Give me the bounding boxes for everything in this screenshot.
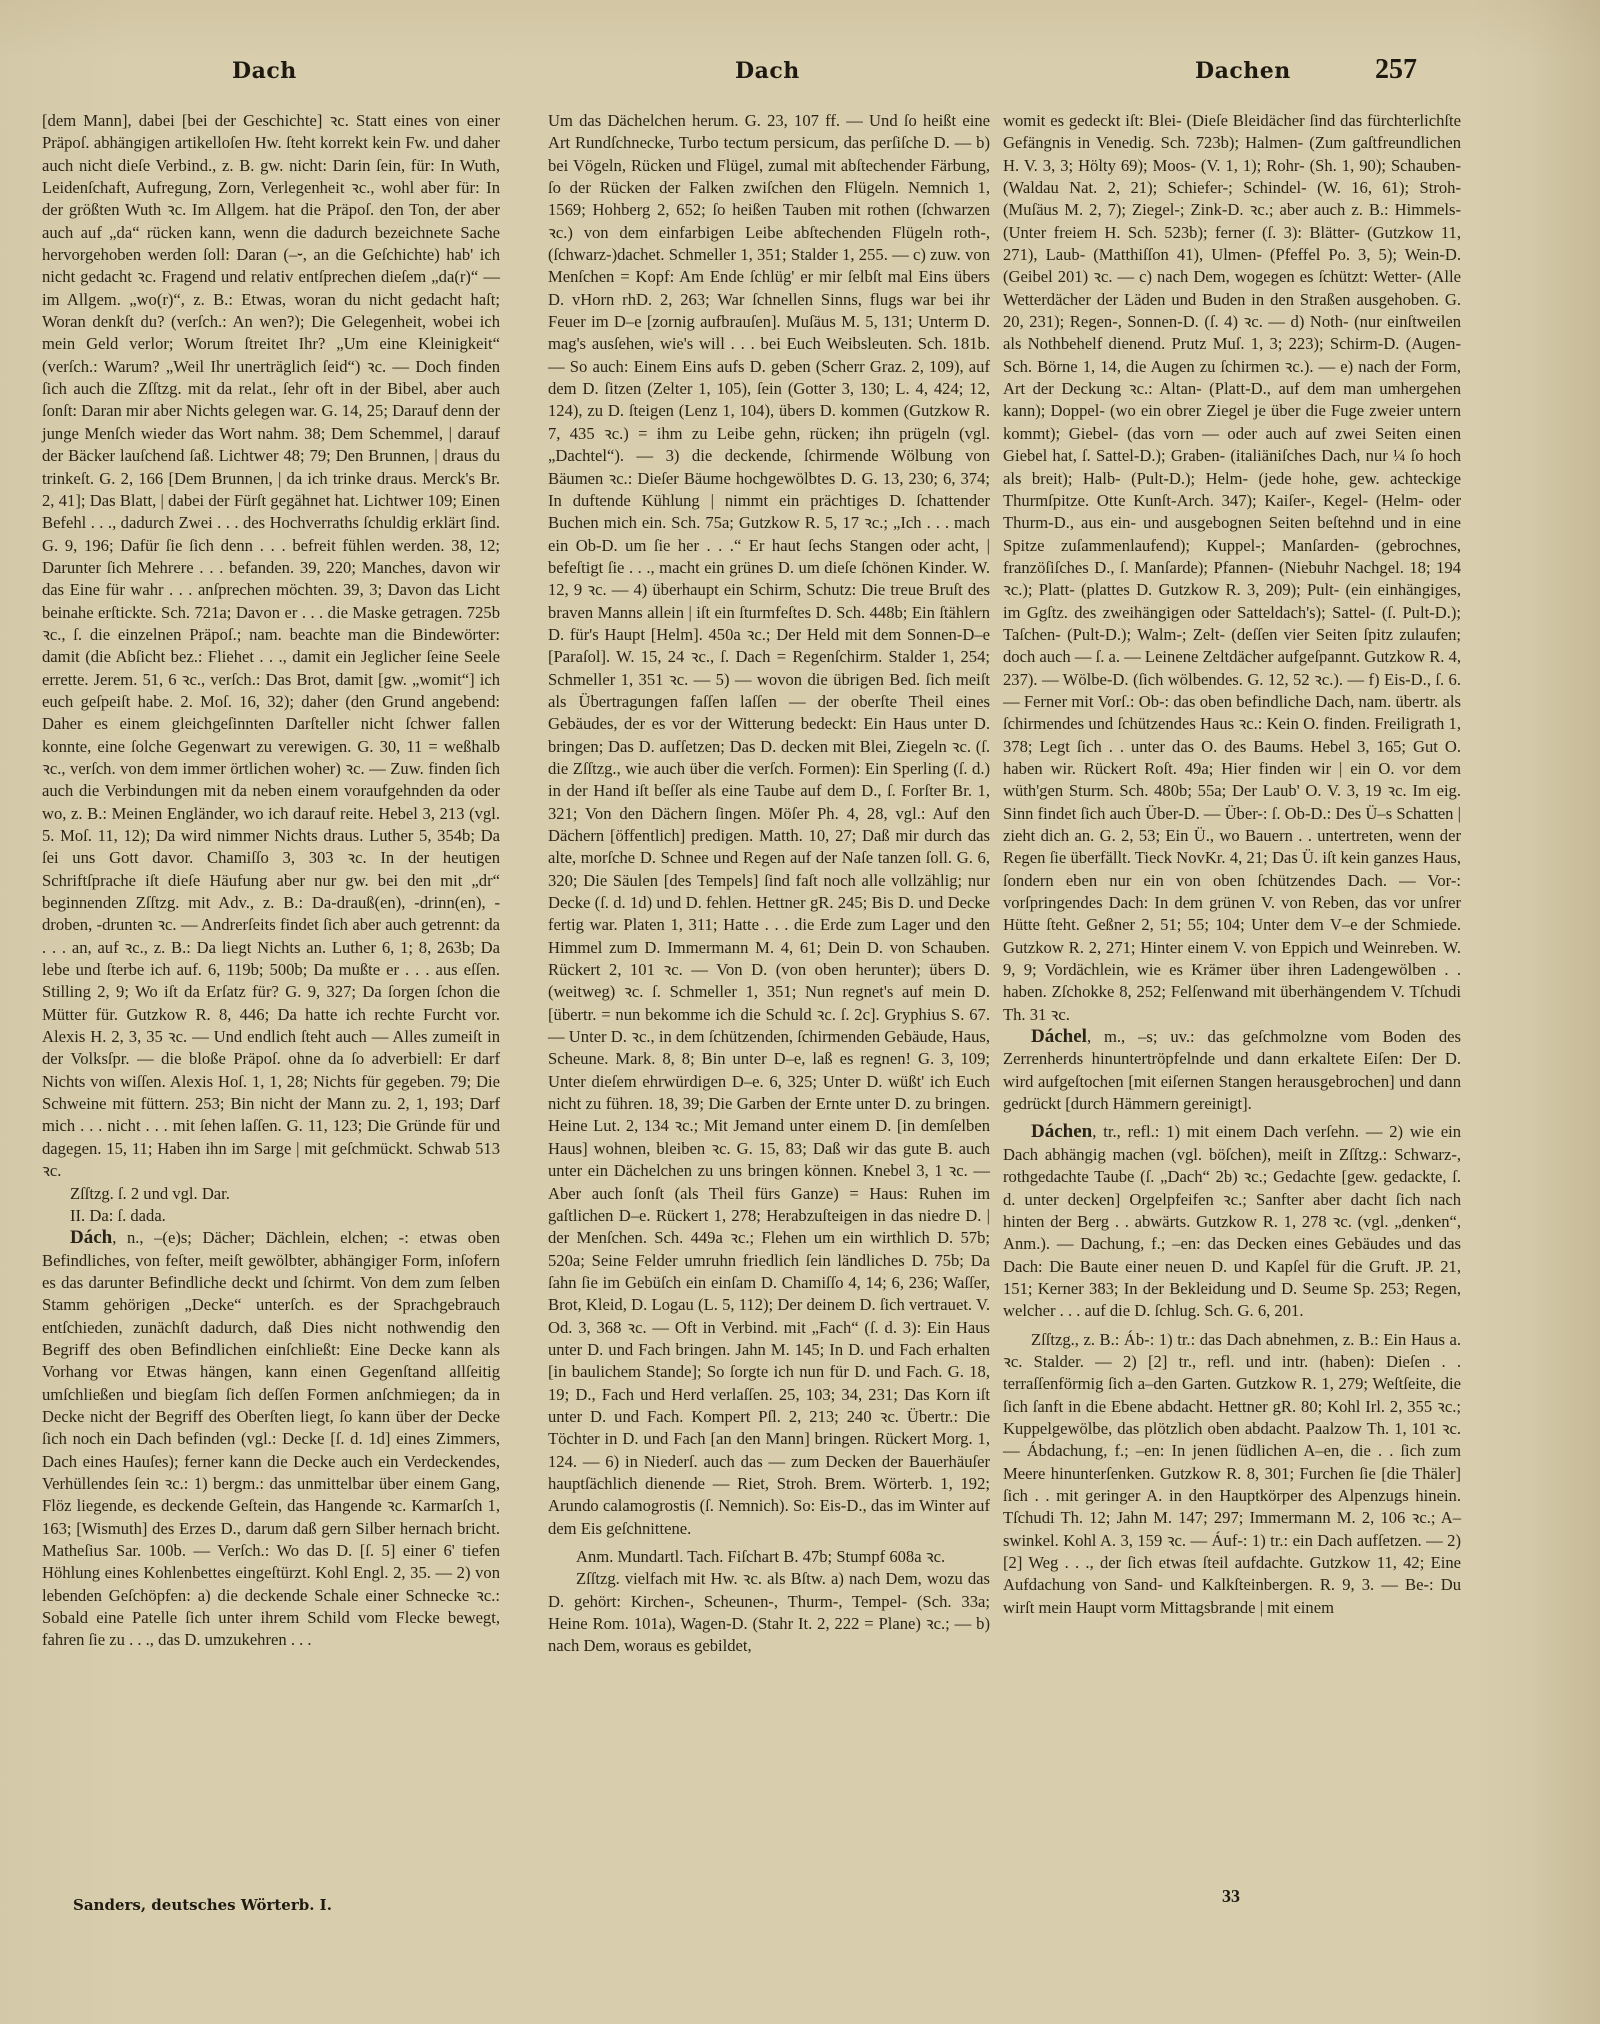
entry-dachel: Dáchel, m., –s; uv.: das geſchmolzne vom… [1003, 1026, 1461, 1115]
paragraph: womit es gedeckt iſt: Blei- (Dieſe Bleid… [1003, 110, 1461, 1026]
headword: Dáchel [1031, 1026, 1087, 1047]
entry-dachen: Dáchen, tr., refl.: 1) mit einem Dach ve… [1003, 1121, 1461, 1322]
dictionary-page: Dach Dach Dachen 257 [dem Mann], dabei [… [0, 0, 1600, 2024]
paragraph: II. Da: ſ. dada. [42, 1205, 500, 1227]
column-right: womit es gedeckt iſt: Blei- (Dieſe Bleid… [1003, 110, 1461, 1619]
entry-text: , n., –(e)s; Dächer; Dächlein, elchen; -… [42, 1228, 500, 1649]
page-number: 257 [1375, 54, 1417, 86]
page-edge-shadow [1530, 0, 1600, 2024]
paragraph: Um das Dächelchen herum. G. 23, 107 ff. … [548, 110, 990, 1540]
footer-book-title: Sanders, deutsches Wörterb. I. [73, 1896, 332, 1914]
headword: Dách [70, 1227, 112, 1248]
paragraph: [dem Mann], dabei [bei der Geschichte] ꝛ… [42, 110, 500, 1183]
entry-text: , tr., refl.: 1) mit einem Dach verſehn.… [1003, 1122, 1461, 1320]
headword: Dáchen [1031, 1121, 1092, 1142]
column-left: [dem Mann], dabei [bei der Geschichte] ꝛ… [42, 110, 500, 1652]
column-middle: Um das Dächelchen herum. G. 23, 107 ff. … [548, 110, 990, 1658]
signature-mark: 33 [1222, 1886, 1240, 1907]
running-head-left: Dach [232, 58, 297, 84]
running-head-middle: Dach [735, 58, 800, 84]
paragraph: Zſſtzg. vielfach mit Hw. ꝛc. als Bſtw. a… [548, 1568, 990, 1657]
entry-dach: Dách, n., –(e)s; Dächer; Dächlein, elche… [42, 1227, 500, 1652]
paragraph: Zſſtzg. ſ. 2 und vgl. Dar. [42, 1183, 500, 1205]
running-head-right: Dachen [1195, 58, 1291, 84]
paragraph: Zſſtzg., z. B.: Áb-: 1) tr.: das Dach ab… [1003, 1329, 1461, 1619]
note-anm: Anm. Mundartl. Tach. Fiſchart B. 47b; St… [548, 1546, 990, 1568]
